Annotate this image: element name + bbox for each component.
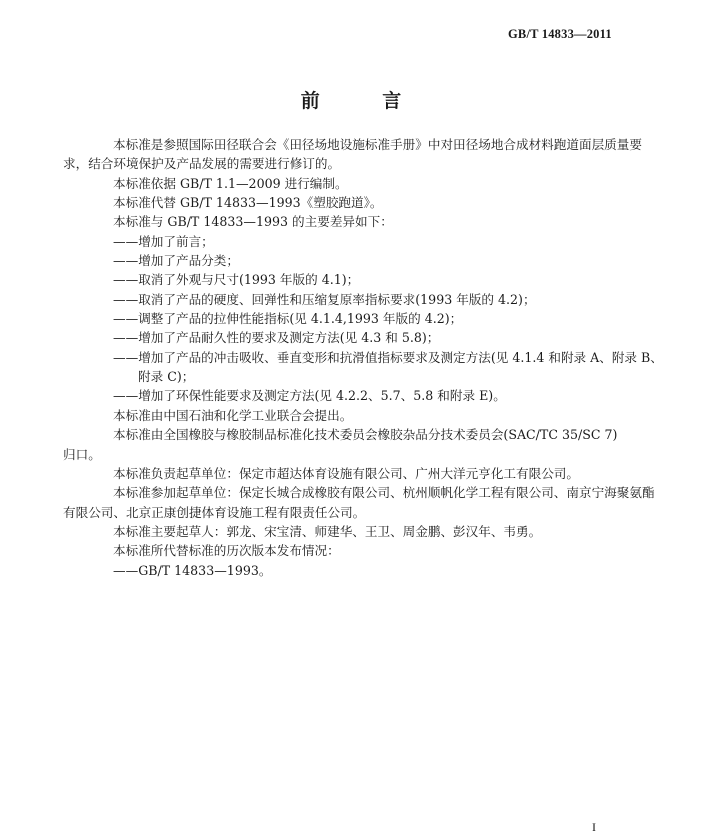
page-title: 前 言 <box>0 86 702 113</box>
paragraph-line: 求，结合环境保护及产品发展的需要进行修订的。 <box>63 156 340 171</box>
paragraph-differences-intro: 本标准与 GB/T 14833—1993 的主要差异如下： <box>88 212 626 231</box>
list-item: ——取消了产品的硬度、回弹性和压缩复原率指标要求(1993 年版的 4.2)； <box>88 290 626 309</box>
list-item: ——增加了前言； <box>88 232 626 251</box>
foreword-body: 本标准是参照国际田径联合会《田径场地设施标准手册》中对田径场地合成材料跑道面层质… <box>88 135 626 580</box>
paragraph-participating-drafters: 本标准参加起草单位：保定长城合成橡胶有限公司、杭州顺帆化学工程有限公司、南京宁海… <box>88 483 626 522</box>
paragraph-lead-drafters: 本标准负责起草单位：保定市超达体育设施有限公司、广州大洋元亨化工有限公司。 <box>88 464 626 483</box>
list-item: ——增加了环保性能要求及测定方法(见 4.2.2、5.7、5.8 和附录 E)。 <box>88 386 626 405</box>
page-number: I <box>592 820 596 834</box>
paragraph-line: 有限公司、北京正康创捷体育设施工程有限责任公司。 <box>63 505 365 520</box>
paragraph-line: 归口。 <box>63 447 101 462</box>
paragraph-main-drafters: 本标准主要起草人：郭龙、宋宝清、师建华、王卫、周金鹏、彭汉年、韦勇。 <box>88 522 626 541</box>
paragraph-committee: 本标准由全国橡胶与橡胶制品标准化技术委员会橡胶杂品分技术委员会(SAC/TC 3… <box>88 425 626 464</box>
paragraph-basis: 本标准是参照国际田径联合会《田径场地设施标准手册》中对田径场地合成材料跑道面层质… <box>88 135 626 174</box>
list-item-line: 附录 C)； <box>113 367 626 386</box>
list-item: ——增加了产品的冲击吸收、垂直变形和抗滑值指标要求及测定方法(见 4.1.4 和… <box>88 348 626 387</box>
paragraph-line: 本标准由全国橡胶与橡胶制品标准化技术委员会橡胶杂品分技术委员会(SAC/TC 3… <box>113 427 617 442</box>
list-item: ——增加了产品分类； <box>88 251 626 270</box>
list-item: ——增加了产品耐久性的要求及测定方法(见 4.3 和 5.8)； <box>88 328 626 347</box>
list-item: ——调整了产品的拉伸性能指标(见 4.1.4,1993 年版的 4.2)； <box>88 309 626 328</box>
paragraph-replaces: 本标准代替 GB/T 14833—1993《塑胶跑道》。 <box>88 193 626 212</box>
paragraph-line: 本标准参加起草单位：保定长城合成橡胶有限公司、杭州顺帆化学工程有限公司、南京宁海… <box>113 485 655 500</box>
list-item: ——GB/T 14833—1993。 <box>88 561 626 580</box>
paragraph-version-history: 本标准所代替标准的历次版本发布情况： <box>88 541 626 560</box>
list-item: ——取消了外观与尺寸(1993 年版的 4.1)； <box>88 270 626 289</box>
list-item-line: ——增加了产品的冲击吸收、垂直变形和抗滑值指标要求及测定方法(见 4.1.4 和… <box>113 350 663 365</box>
paragraph-line: 本标准是参照国际田径联合会《田径场地设施标准手册》中对田径场地合成材料跑道面层质… <box>113 137 642 152</box>
standard-code-header: GB/T 14833—2011 <box>508 27 612 42</box>
paragraph-proposer: 本标准由中国石油和化学工业联合会提出。 <box>88 406 626 425</box>
paragraph-drafting-rule: 本标准依据 GB/T 1.1—2009 进行编制。 <box>88 174 626 193</box>
